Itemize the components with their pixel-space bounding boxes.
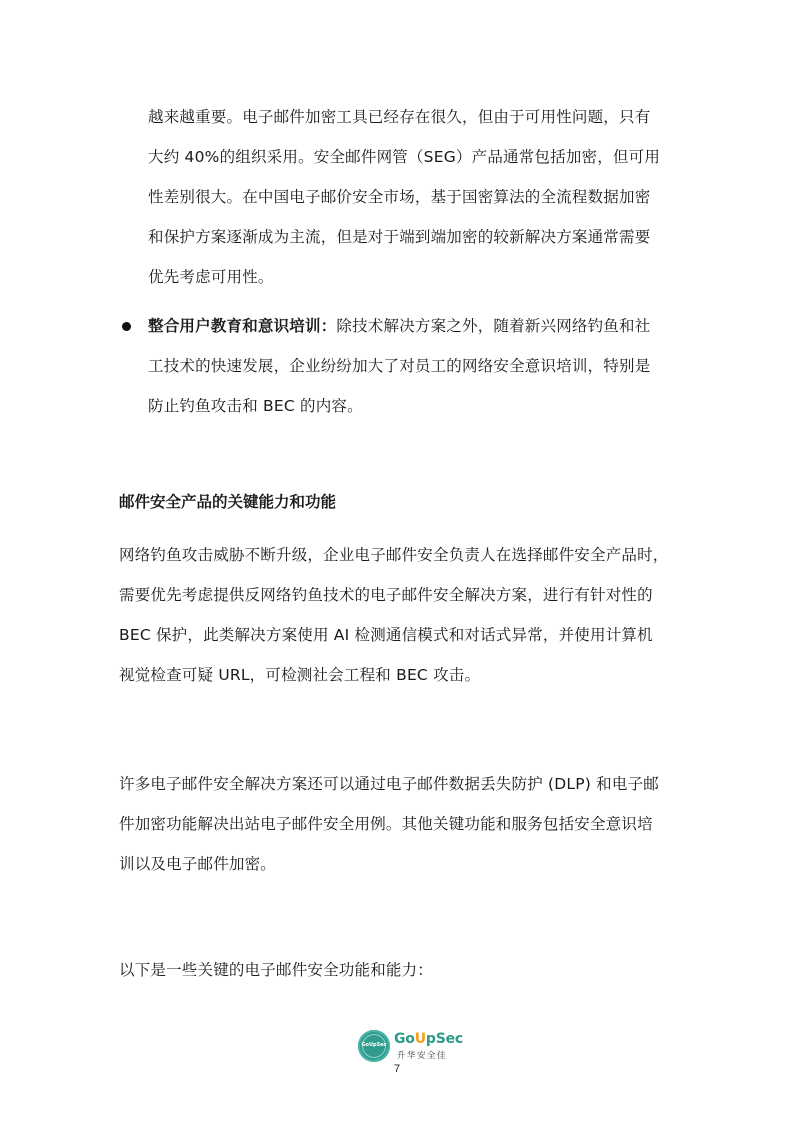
bullet-text: 整合用户教育和意识培训：除技术解决方案之外，随着新兴网络钓鱼和社 工技术的快速发… xyxy=(148,306,679,426)
text-line: 优先考虑可用性。 xyxy=(148,257,678,297)
wordmark-prefix: Go xyxy=(394,1031,415,1047)
text-line: 整合用户教育和意识培训：除技术解决方案之外，随着新兴网络钓鱼和社 xyxy=(148,306,679,346)
brand-wordmark: GoUpSec xyxy=(394,1031,463,1047)
seal-text: GoUpSec xyxy=(358,1042,390,1048)
bullet-first-line: 除技术解决方案之外，随着新兴网络钓鱼和社 xyxy=(336,317,650,335)
text-line: 防止钓鱼攻击和 BEC 的内容。 xyxy=(148,386,679,426)
footer-logo: GoUpSec GoUpSec 升华安全佳 xyxy=(357,1028,457,1078)
paragraph-dlp: 许多电子邮件安全解决方案还可以通过电子邮件数据丢失防护 (DLP) 和电子邮 件… xyxy=(119,764,679,884)
text-line: 许多电子邮件安全解决方案还可以通过电子邮件数据丢失防护 (DLP) 和电子邮 xyxy=(119,764,679,804)
wordmark-accent: U xyxy=(415,1031,426,1047)
document-page: 越来越重要。电子邮件加密工具已经存在很久，但由于可用性问题，只有 大约 40%的… xyxy=(0,0,794,1123)
wordmark-suffix: pSec xyxy=(426,1031,463,1047)
text-line: 件加密功能解决出站电子邮件安全用例。其他关键功能和服务包括安全意识培 xyxy=(119,804,679,844)
text-line: 训以及电子邮件加密。 xyxy=(119,844,679,884)
section-heading: 邮件安全产品的关键能力和功能 xyxy=(119,488,336,516)
text-line: 以下是一些关键的电子邮件安全功能和能力： xyxy=(119,950,679,990)
bullet-title: 整合用户教育和意识培训： xyxy=(148,317,336,335)
goupsec-seal-icon: GoUpSec xyxy=(358,1030,390,1062)
paragraph-intro-list: 以下是一些关键的电子邮件安全功能和能力： xyxy=(119,950,679,990)
text-line: 视觉检查可疑 URL，可检测社会工程和 BEC 攻击。 xyxy=(119,655,679,695)
text-line: 和保护方案逐渐成为主流，但是对于端到端加密的较新解决方案通常需要 xyxy=(148,217,678,257)
text-line: 需要优先考虑提供反网络钓鱼技术的电子邮件安全解决方案，进行有针对性的 xyxy=(119,575,679,615)
text-line: 工技术的快速发展，企业纷纷加大了对员工的网络安全意识培训，特别是 xyxy=(148,346,679,386)
text-line: BEC 保护，此类解决方案使用 AI 检测通信模式和对话式异常，并使用计算机 xyxy=(119,615,679,655)
paragraph-phishing: 网络钓鱼攻击威胁不断升级，企业电子邮件安全负责人在选择邮件安全产品时， 需要优先… xyxy=(119,535,679,695)
bullet-icon xyxy=(122,322,131,331)
text-line: 网络钓鱼攻击威胁不断升级，企业电子邮件安全负责人在选择邮件安全产品时， xyxy=(119,535,679,575)
continued-paragraph: 越来越重要。电子邮件加密工具已经存在很久，但由于可用性问题，只有 大约 40%的… xyxy=(148,97,678,297)
text-line: 越来越重要。电子邮件加密工具已经存在很久，但由于可用性问题，只有 xyxy=(148,97,678,137)
brand-subtitle: 升华安全佳 xyxy=(397,1049,447,1061)
text-line: 性差别很大。在中国电子邮价安全市场，基于国密算法的全流程数据加密 xyxy=(148,177,678,217)
text-line: 大约 40%的组织采用。安全邮件网管（SEG）产品通常包括加密，但可用 xyxy=(148,137,678,177)
page-number: 7 xyxy=(394,1063,400,1075)
